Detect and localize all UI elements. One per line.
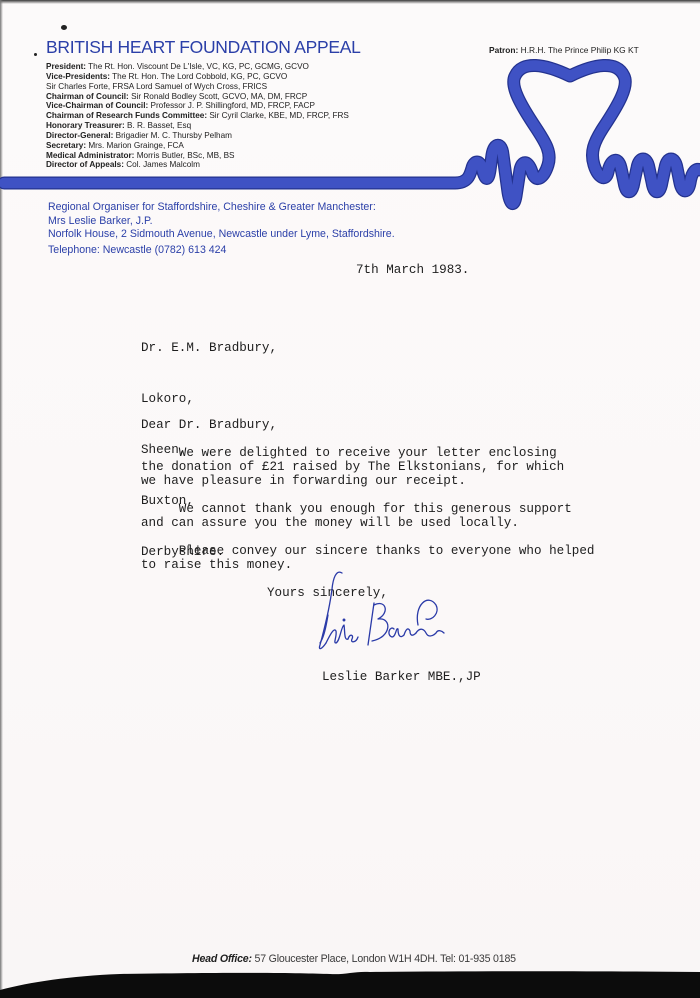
regional-telephone: Telephone: Newcastle (0782) 613 424 bbox=[48, 244, 395, 258]
salutation: Dear Dr. Bradbury, bbox=[141, 418, 277, 432]
recipient-line: Lokoro, bbox=[141, 391, 277, 408]
regional-organiser-name: Mrs Leslie Barker, J.P. bbox=[48, 215, 395, 229]
regional-organiser-block: Regional Organiser for Staffordshire, Ch… bbox=[48, 201, 395, 257]
body-paragraph: We were delighted to receive your letter… bbox=[141, 446, 564, 488]
signatory-name: Leslie Barker MBE.,JP bbox=[322, 670, 481, 684]
regional-address: Norfolk House, 2 Sidmouth Avenue, Newcas… bbox=[48, 228, 395, 242]
letter-date: 7th March 1983. bbox=[356, 263, 469, 277]
head-office-footer: Head Office: 57 Gloucester Place, London… bbox=[192, 953, 516, 965]
body-paragraph: We cannot thank you enough for this gene… bbox=[141, 502, 572, 530]
recipient-line: Dr. E.M. Bradbury, bbox=[141, 340, 277, 357]
handwritten-signature-icon bbox=[300, 565, 450, 660]
regional-title: Regional Organiser for Staffordshire, Ch… bbox=[48, 201, 395, 215]
recipient-address: Dr. E.M. Bradbury, Lokoro, Sheen, Buxton… bbox=[141, 306, 277, 578]
